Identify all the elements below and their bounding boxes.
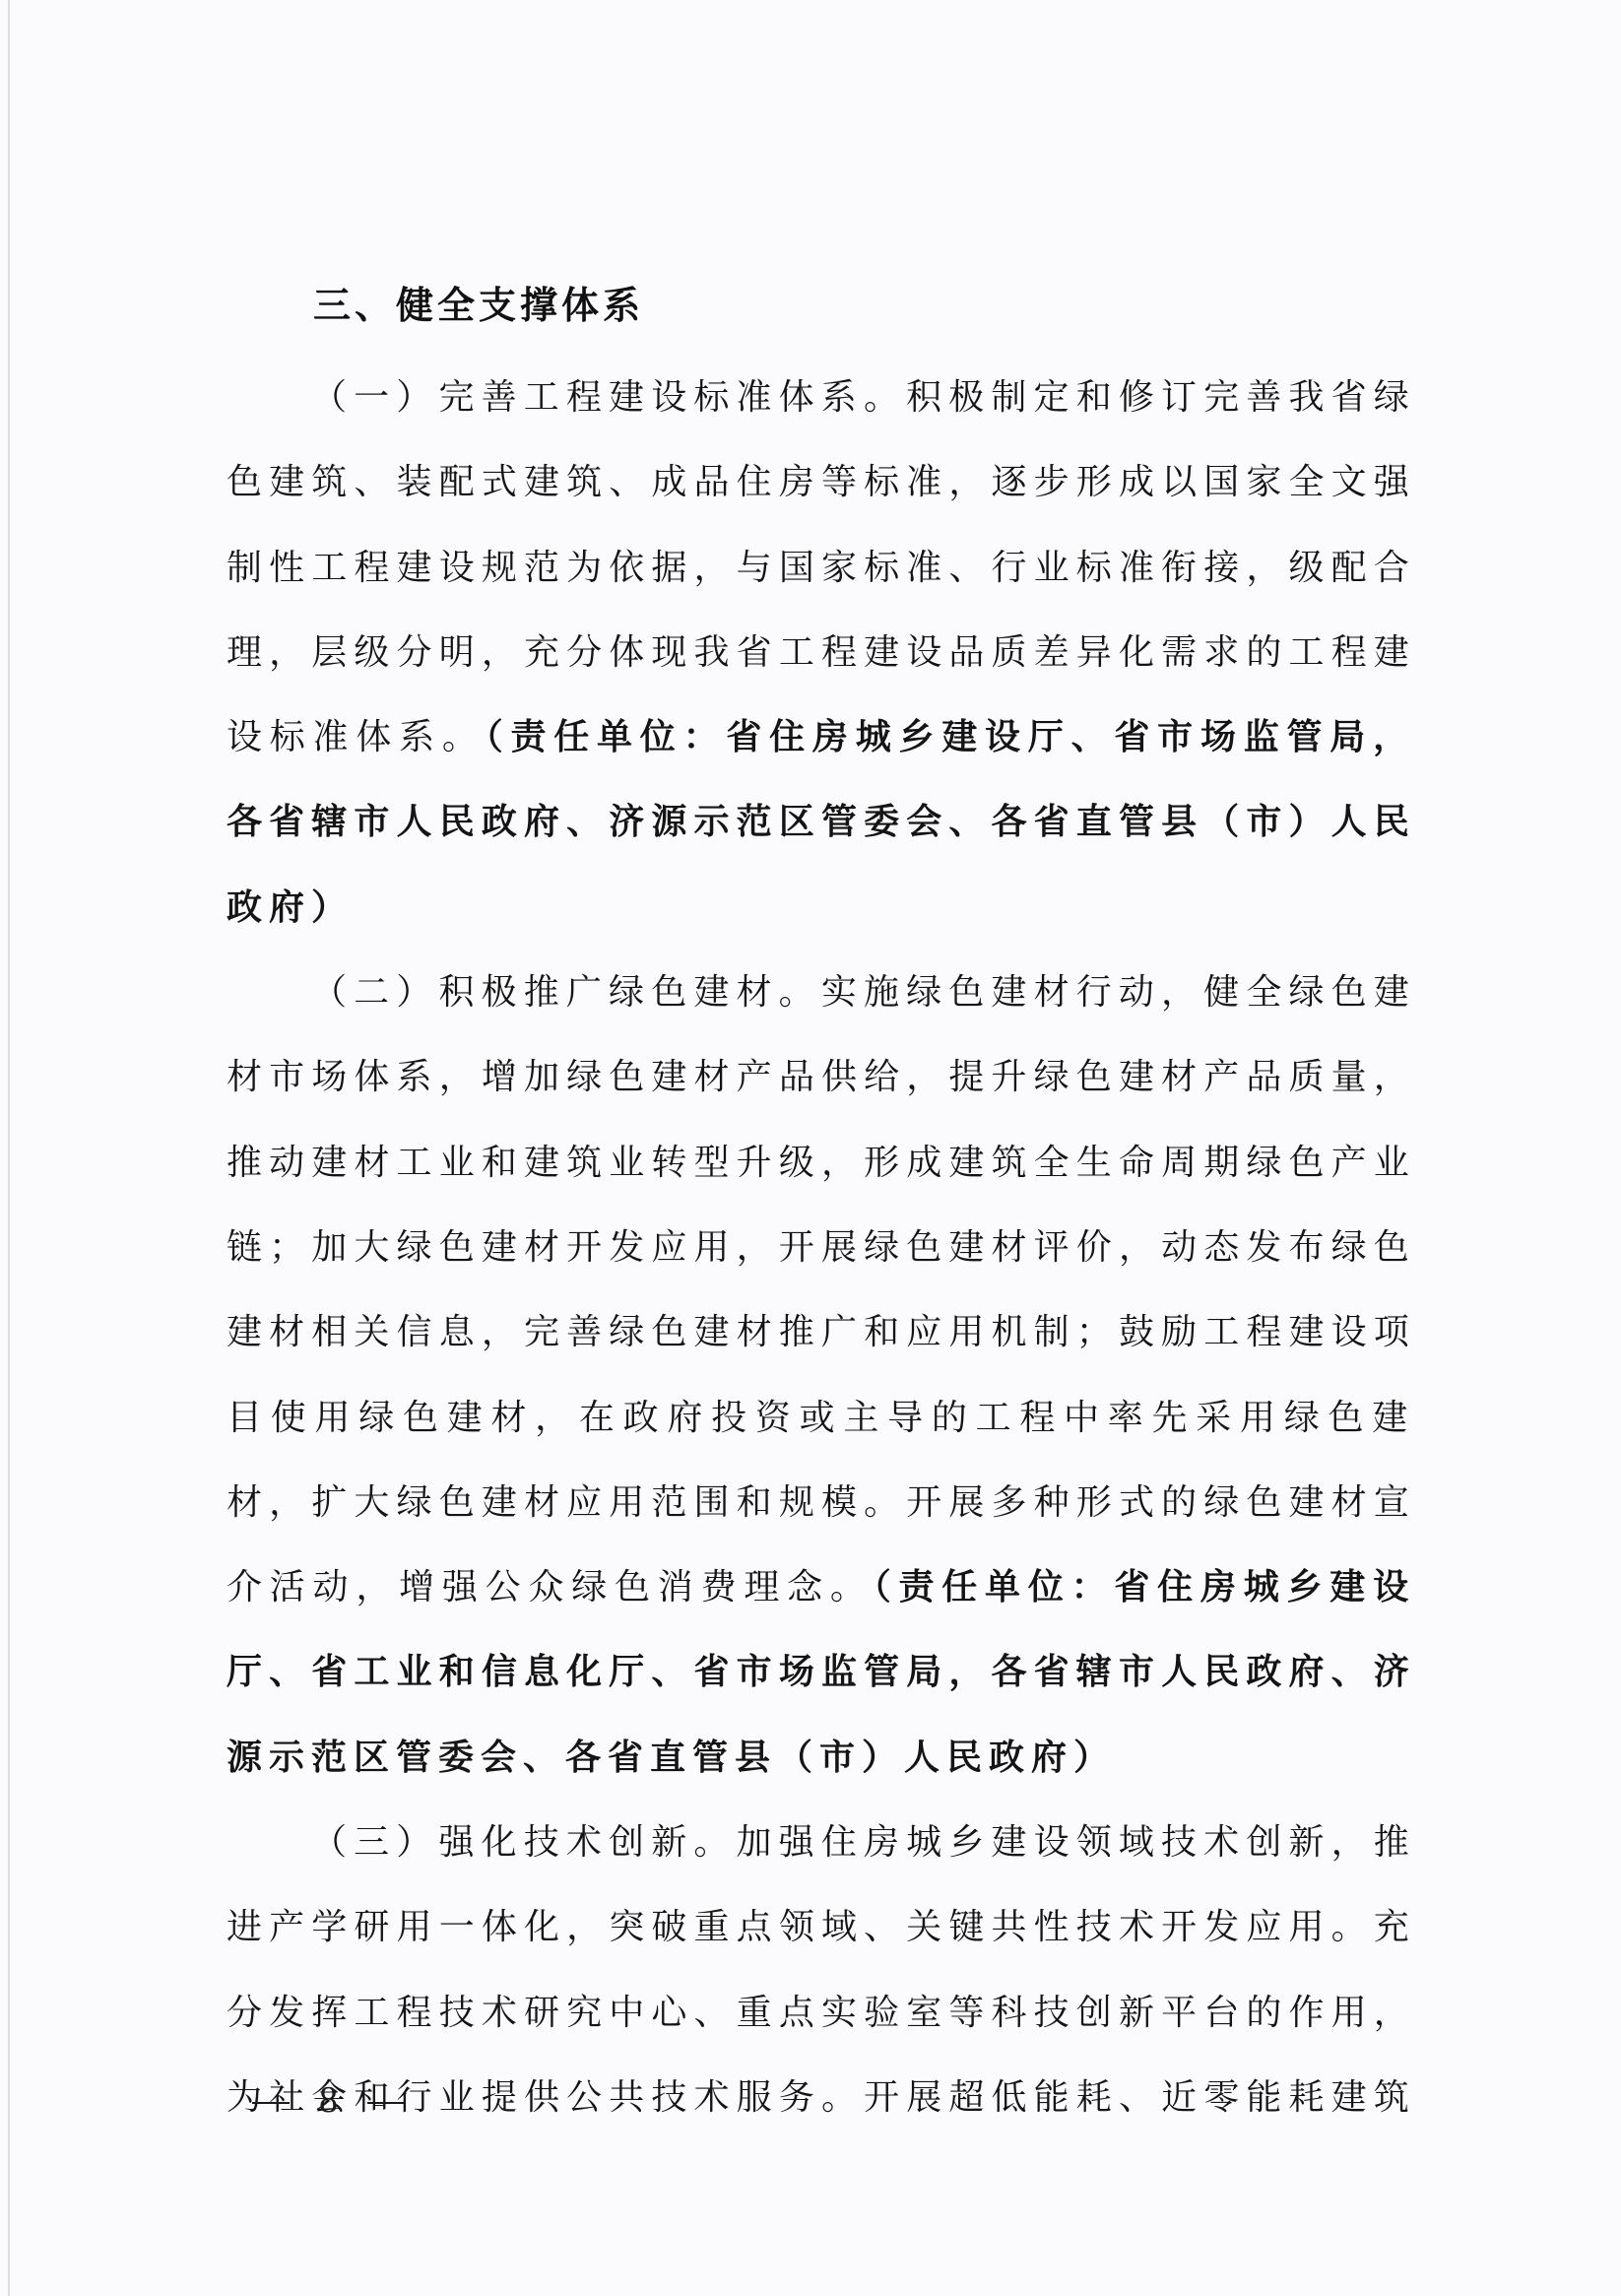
page-number-dash-left: [252, 2102, 290, 2104]
paragraph-text: 链；加大绿色建材开发应用，开展绿色建材评价，动态发布绿色: [227, 1227, 1416, 1268]
paragraph-text: 推动建材工业和建筑业转型升级，形成建筑全生命周期绿色产业: [227, 1143, 1416, 1183]
paragraph-text: 建材相关信息，完善绿色建材推广和应用机制；鼓励工程建设项: [227, 1312, 1416, 1352]
text-line: 为社会和行业提供公共技术服务。开展超低能耗、近零能耗建筑: [227, 2056, 1416, 2140]
text-line: 理，层级分明，充分体现我省工程建设品质差异化需求的工程建: [227, 611, 1416, 695]
paragraph-text: 理，层级分明，充分体现我省工程建设品质差异化需求的工程建: [227, 632, 1416, 673]
responsibility-text: 源示范区管委会、各省直管县（市）人民政府）: [227, 1738, 1116, 1778]
paragraph-text: 分发挥工程技术研究中心、重点实验室等科技创新平台的作用，: [227, 1993, 1416, 2033]
paragraph-text: 材，扩大绿色建材应用范围和规模。开展多种形式的绿色建材宣: [227, 1482, 1416, 1523]
text-line: 建材相关信息，完善绿色建材推广和应用机制；鼓励工程建设项: [227, 1290, 1416, 1375]
paragraph-title: （一）完善工程建设标准体系。: [311, 377, 906, 418]
paragraph-title: （三）强化技术创新。: [311, 1822, 737, 1863]
paragraph-p2: （二）积极推广绿色建材。实施绿色建材行动，健全绿色建材市场体系，增加绿色建材产品…: [227, 951, 1416, 1801]
paragraph-text: 目使用绿色建材，在政府投资或主导的工程中率先采用绿色建: [227, 1398, 1416, 1438]
section-heading: 三、健全支撑体系: [313, 280, 644, 331]
text-line: 政府）: [227, 866, 1416, 951]
responsibility-text: 厅、省工业和信息化厅、省市场监管局，各省辖市人民政府、济: [227, 1652, 1416, 1692]
paragraph-title: （二）积极推广绿色建材。: [311, 972, 821, 1013]
text-line: 进产学研用一体化，突破重点领域、关键共性技术开发应用。充: [227, 1885, 1416, 1970]
text-line: 目使用绿色建材，在政府投资或主导的工程中率先采用绿色建: [227, 1376, 1416, 1461]
text-line: （一）完善工程建设标准体系。积极制定和修订完善我省绿: [227, 356, 1416, 440]
text-line: 材市场体系，增加绿色建材产品供给，提升绿色建材产品质量，: [227, 1035, 1416, 1120]
page-edge-line: [8, 0, 10, 2296]
responsibility-text: 政府）: [227, 887, 354, 928]
paragraph-p1: （一）完善工程建设标准体系。积极制定和修订完善我省绿色建筑、装配式建筑、成品住房…: [227, 356, 1416, 951]
body-text: （一）完善工程建设标准体系。积极制定和修订完善我省绿色建筑、装配式建筑、成品住房…: [227, 356, 1416, 2140]
paragraph-text: 积极制定和修订完善我省绿: [906, 377, 1416, 418]
paragraph-p3: （三）强化技术创新。加强住房城乡建设领域技术创新，推进产学研用一体化，突破重点领…: [227, 1801, 1416, 2140]
text-line: （二）积极推广绿色建材。实施绿色建材行动，健全绿色建: [227, 951, 1416, 1035]
paragraph-text: 介活动，增强公众绿色消费理念。: [227, 1567, 874, 1607]
text-line: 介活动，增强公众绿色消费理念。（责任单位：省住房城乡建设: [227, 1545, 1416, 1630]
text-line: 厅、省工业和信息化厅、省市场监管局，各省辖市人民政府、济: [227, 1630, 1416, 1715]
text-line: （三）强化技术创新。加强住房城乡建设领域技术创新，推: [227, 1801, 1416, 1885]
text-line: 源示范区管委会、各省直管县（市）人民政府）: [227, 1716, 1416, 1801]
text-line: 制性工程建设规范为依据，与国家标准、行业标准衔接，级配合: [227, 526, 1416, 611]
paragraph-text: 进产学研用一体化，突破重点领域、关键共性技术开发应用。充: [227, 1907, 1416, 1947]
responsibility-text: （责任单位：省住房城乡建设厅、省市场监管局，: [486, 717, 1416, 757]
text-line: 色建筑、装配式建筑、成品住房等标准，逐步形成以国家全文强: [227, 440, 1416, 525]
page-number-dash-right: [367, 2102, 405, 2104]
responsibility-text: 各省辖市人民政府、济源示范区管委会、各省直管县（市）人民: [227, 802, 1416, 842]
paragraph-text: 材市场体系，增加绿色建材产品供给，提升绿色建材产品质量，: [227, 1057, 1416, 1097]
text-line: 分发挥工程技术研究中心、重点实验室等科技创新平台的作用，: [227, 1971, 1416, 2056]
paragraph-text: 为社会和行业提供公共技术服务。开展超低能耗、近零能耗建筑: [227, 2077, 1416, 2118]
text-line: 推动建材工业和建筑业转型升级，形成建筑全生命周期绿色产业: [227, 1121, 1416, 1206]
paragraph-text: 设标准体系。: [227, 717, 486, 757]
paragraph-text: 色建筑、装配式建筑、成品住房等标准，逐步形成以国家全文强: [227, 462, 1416, 502]
text-line: 链；加大绿色建材开发应用，开展绿色建材评价，动态发布绿色: [227, 1206, 1416, 1290]
page-number: 8: [252, 2076, 405, 2124]
text-line: 各省辖市人民政府、济源示范区管委会、各省直管县（市）人民: [227, 780, 1416, 865]
paragraph-text: 加强住房城乡建设领域技术创新，推: [737, 1822, 1416, 1863]
paragraph-text: 实施绿色建材行动，健全绿色建: [821, 972, 1416, 1013]
paragraph-text: 制性工程建设规范为依据，与国家标准、行业标准衔接，级配合: [227, 548, 1416, 588]
page-number-value: 8: [319, 2076, 338, 2124]
text-line: 设标准体系。（责任单位：省住房城乡建设厅、省市场监管局，: [227, 695, 1416, 780]
responsibility-text: （责任单位：省住房城乡建设: [874, 1567, 1416, 1607]
text-line: 材，扩大绿色建材应用范围和规模。开展多种形式的绿色建材宣: [227, 1461, 1416, 1545]
